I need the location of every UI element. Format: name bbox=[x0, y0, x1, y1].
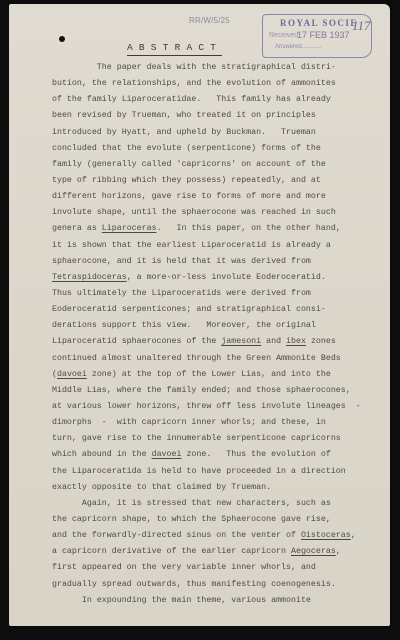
text-line: bution, the relationships, and the evolu… bbox=[52, 76, 392, 92]
text-line: Tetraspidoceras, a more-or-less involute… bbox=[52, 270, 392, 286]
text-segment: been revised by Trueman, who treated it … bbox=[52, 111, 316, 120]
text-segment: and the forwardly-directed sinus on the … bbox=[52, 531, 301, 540]
punch-hole bbox=[59, 36, 65, 42]
text-segment: it is shown that the earliest Liparocera… bbox=[52, 241, 331, 250]
text-line: the capricorn shape, to which the Sphaer… bbox=[52, 512, 392, 528]
text-line: type of ribbing which they possess) repe… bbox=[52, 173, 392, 189]
underlined-taxon-name: Liparoceras bbox=[102, 224, 157, 233]
text-segment: The paper deals with the stratigraphical… bbox=[52, 63, 336, 72]
underlined-taxon-name: Aegoceras bbox=[291, 547, 336, 556]
text-line: concluded that the evolute (serpenticone… bbox=[52, 141, 392, 157]
text-line: The paper deals with the stratigraphical… bbox=[52, 60, 392, 76]
text-line: it is shown that the earliest Liparocera… bbox=[52, 238, 392, 254]
text-segment: concluded that the evolute (serpenticone… bbox=[52, 144, 321, 153]
text-segment: zone. Thus the evolution of bbox=[181, 450, 330, 459]
text-segment: dimorphs - with capricorn inner whorls; … bbox=[52, 418, 326, 427]
text-line: introduced by Hyatt, and upheld by Buckm… bbox=[52, 125, 392, 141]
text-line: Again, it is stressed that new character… bbox=[52, 496, 392, 512]
text-segment: genera as bbox=[52, 224, 102, 233]
text-line: turn, gave rise to the innumerable serpe… bbox=[52, 431, 392, 447]
text-segment: type of ribbing which they possess) repe… bbox=[52, 176, 321, 185]
text-line: Middle Lias, where the family ended; and… bbox=[52, 383, 392, 399]
text-line: a capricorn derivative of the earlier ca… bbox=[52, 544, 392, 560]
text-line: Eoderoceratid serpenticones; and stratig… bbox=[52, 302, 392, 318]
text-line: at various lower horizons, threw off les… bbox=[52, 399, 392, 415]
text-line: which abound in the davoei zone. Thus th… bbox=[52, 447, 392, 463]
text-segment: continued almost unaltered through the G… bbox=[52, 354, 341, 363]
text-line: family (generally called 'capricorns' on… bbox=[52, 157, 392, 173]
text-segment: . In this paper, on the other hand, bbox=[157, 224, 341, 233]
underlined-taxon-name: jamesoni bbox=[221, 337, 261, 346]
text-segment: Liparoceratid sphaerocones of the bbox=[52, 337, 221, 346]
text-line: Liparoceratid sphaerocones of the jameso… bbox=[52, 334, 392, 350]
text-line: Thus ultimately the Liparoceratids were … bbox=[52, 286, 392, 302]
text-line: been revised by Trueman, who treated it … bbox=[52, 108, 392, 124]
text-segment: the capricorn shape, to which the Sphaer… bbox=[52, 515, 331, 524]
underlined-taxon-name: Tetraspidoceras bbox=[52, 273, 127, 282]
folio-number: 117 bbox=[352, 18, 371, 34]
text-line: different horizons, gave rise to forms o… bbox=[52, 189, 392, 205]
stamp-title: ROYAL SOCIE bbox=[280, 18, 358, 28]
text-line: the Liparoceratida is held to have proce… bbox=[52, 464, 392, 480]
text-segment: at various lower horizons, threw off les… bbox=[52, 402, 361, 411]
text-segment: derations support this view. Moreover, t… bbox=[52, 321, 316, 330]
text-segment: sphaerocone, and it is held that it was … bbox=[52, 257, 311, 266]
text-line: (davoei zone) at the top of the Lower Li… bbox=[52, 367, 392, 383]
text-segment: first appeared on the very variable inne… bbox=[52, 563, 316, 572]
text-segment: In expounding the main theme, various am… bbox=[52, 596, 311, 605]
text-segment: family (generally called 'capricorns' on… bbox=[52, 160, 326, 169]
text-segment: a capricorn derivative of the earlier ca… bbox=[52, 547, 291, 556]
text-segment: introduced by Hyatt, and upheld by Buckm… bbox=[52, 128, 316, 137]
stamp-date: 17 FEB 1937 bbox=[297, 30, 350, 40]
text-line: continued almost unaltered through the G… bbox=[52, 351, 392, 367]
abstract-body: The paper deals with the stratigraphical… bbox=[52, 60, 392, 609]
text-segment: different horizons, gave rise to forms o… bbox=[52, 192, 326, 201]
text-segment: , bbox=[336, 547, 341, 556]
text-line: derations support this view. Moreover, t… bbox=[52, 318, 392, 334]
text-line: In expounding the main theme, various am… bbox=[52, 593, 392, 609]
text-line: genera as Liparoceras. In this paper, on… bbox=[52, 221, 392, 237]
text-segment: involute shape, until the sphaerocone wa… bbox=[52, 208, 336, 217]
text-segment: zones bbox=[306, 337, 336, 346]
text-line: of the family Liparoceratidae. This fami… bbox=[52, 92, 392, 108]
text-segment: , a more-or-less involute Eoderoceratid. bbox=[127, 273, 326, 282]
text-segment: Again, it is stressed that new character… bbox=[52, 499, 331, 508]
text-segment: and bbox=[261, 337, 286, 346]
underlined-taxon-name: ibex bbox=[286, 337, 306, 346]
text-line: gradually spread outwards, thus manifest… bbox=[52, 577, 392, 593]
underlined-taxon-name: davoei bbox=[152, 450, 182, 459]
underlined-taxon-name: Oistoceras bbox=[301, 531, 351, 540]
stamp-received-label: Received bbox=[269, 32, 298, 39]
text-line: first appeared on the very variable inne… bbox=[52, 560, 392, 576]
text-segment: which abound in the bbox=[52, 450, 152, 459]
text-segment: zone) at the top of the Lower Lias, and … bbox=[87, 370, 331, 379]
text-segment: bution, the relationships, and the evolu… bbox=[52, 79, 336, 88]
text-segment: gradually spread outwards, thus manifest… bbox=[52, 580, 336, 589]
text-segment: Middle Lias, where the family ended; and… bbox=[52, 386, 351, 395]
abstract-heading: ABSTRACT bbox=[127, 42, 222, 56]
underlined-taxon-name: davoei bbox=[57, 370, 87, 379]
text-segment: of the family Liparoceratidae. This fami… bbox=[52, 95, 331, 104]
text-segment: Eoderoceratid serpenticones; and stratig… bbox=[52, 305, 326, 314]
text-segment: exactly opposite to that claimed by True… bbox=[52, 483, 271, 492]
text-line: involute shape, until the sphaerocone wa… bbox=[52, 205, 392, 221]
text-line: exactly opposite to that claimed by True… bbox=[52, 480, 392, 496]
stamp-answered-label: Answered............ bbox=[275, 44, 322, 50]
text-segment: turn, gave rise to the innumerable serpe… bbox=[52, 434, 341, 443]
text-segment: Thus ultimately the Liparoceratids were … bbox=[52, 289, 311, 298]
text-segment: the Liparoceratida is held to have proce… bbox=[52, 467, 346, 476]
text-line: sphaerocone, and it is held that it was … bbox=[52, 254, 392, 270]
text-segment: , bbox=[351, 531, 356, 540]
text-line: dimorphs - with capricorn inner whorls; … bbox=[52, 415, 392, 431]
text-line: and the forwardly-directed sinus on the … bbox=[52, 528, 392, 544]
archive-reference-mark: RR/W/5/25 bbox=[189, 16, 230, 25]
